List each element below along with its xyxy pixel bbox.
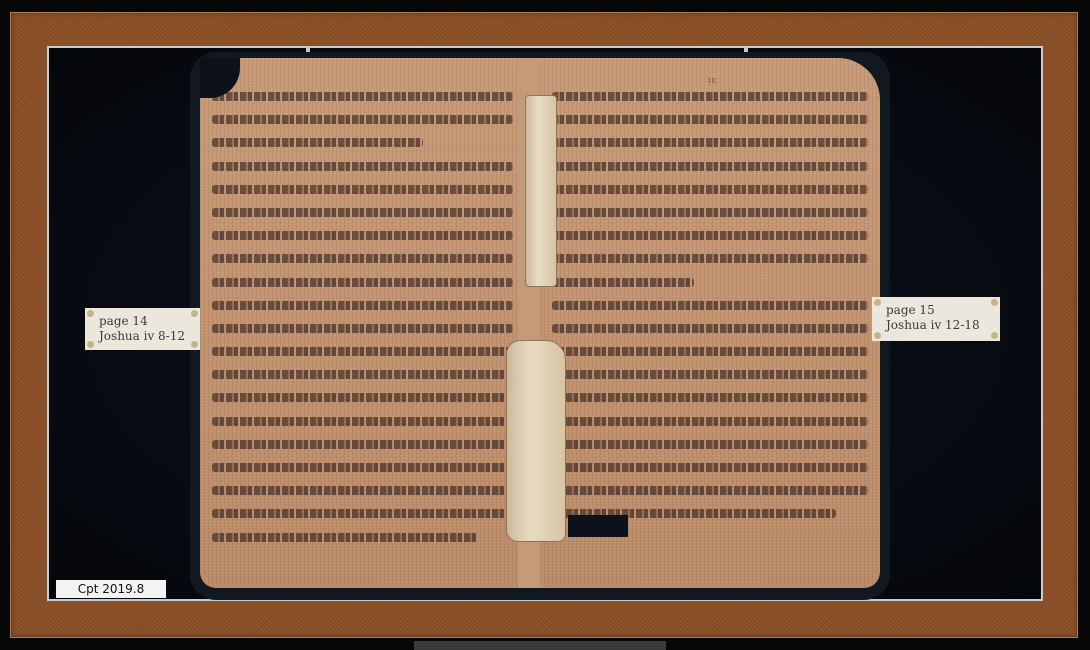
- papyrus-page-right: ιε: [540, 58, 880, 588]
- binding-strip: [506, 340, 566, 542]
- bottom-bar: [414, 641, 666, 650]
- text-lines: [552, 92, 868, 533]
- accession-number-label: Cpt 2019.8: [56, 580, 166, 598]
- page-label-right: page 15 Joshua iv 12-18: [872, 297, 1000, 341]
- page-label-reference: Joshua iv 8-12: [99, 329, 190, 344]
- page-label-number: page 15: [886, 303, 990, 318]
- papyrus-page-left: [200, 58, 525, 588]
- page-label-reference: Joshua iv 12-18: [886, 318, 990, 333]
- page-label-number: page 14: [99, 314, 190, 329]
- binding-strip: [525, 95, 557, 287]
- page-number: ιε: [708, 76, 716, 86]
- page-label-left: page 14 Joshua iv 8-12: [85, 308, 200, 350]
- papyrus-lacuna: [568, 515, 628, 537]
- text-lines: [212, 92, 513, 556]
